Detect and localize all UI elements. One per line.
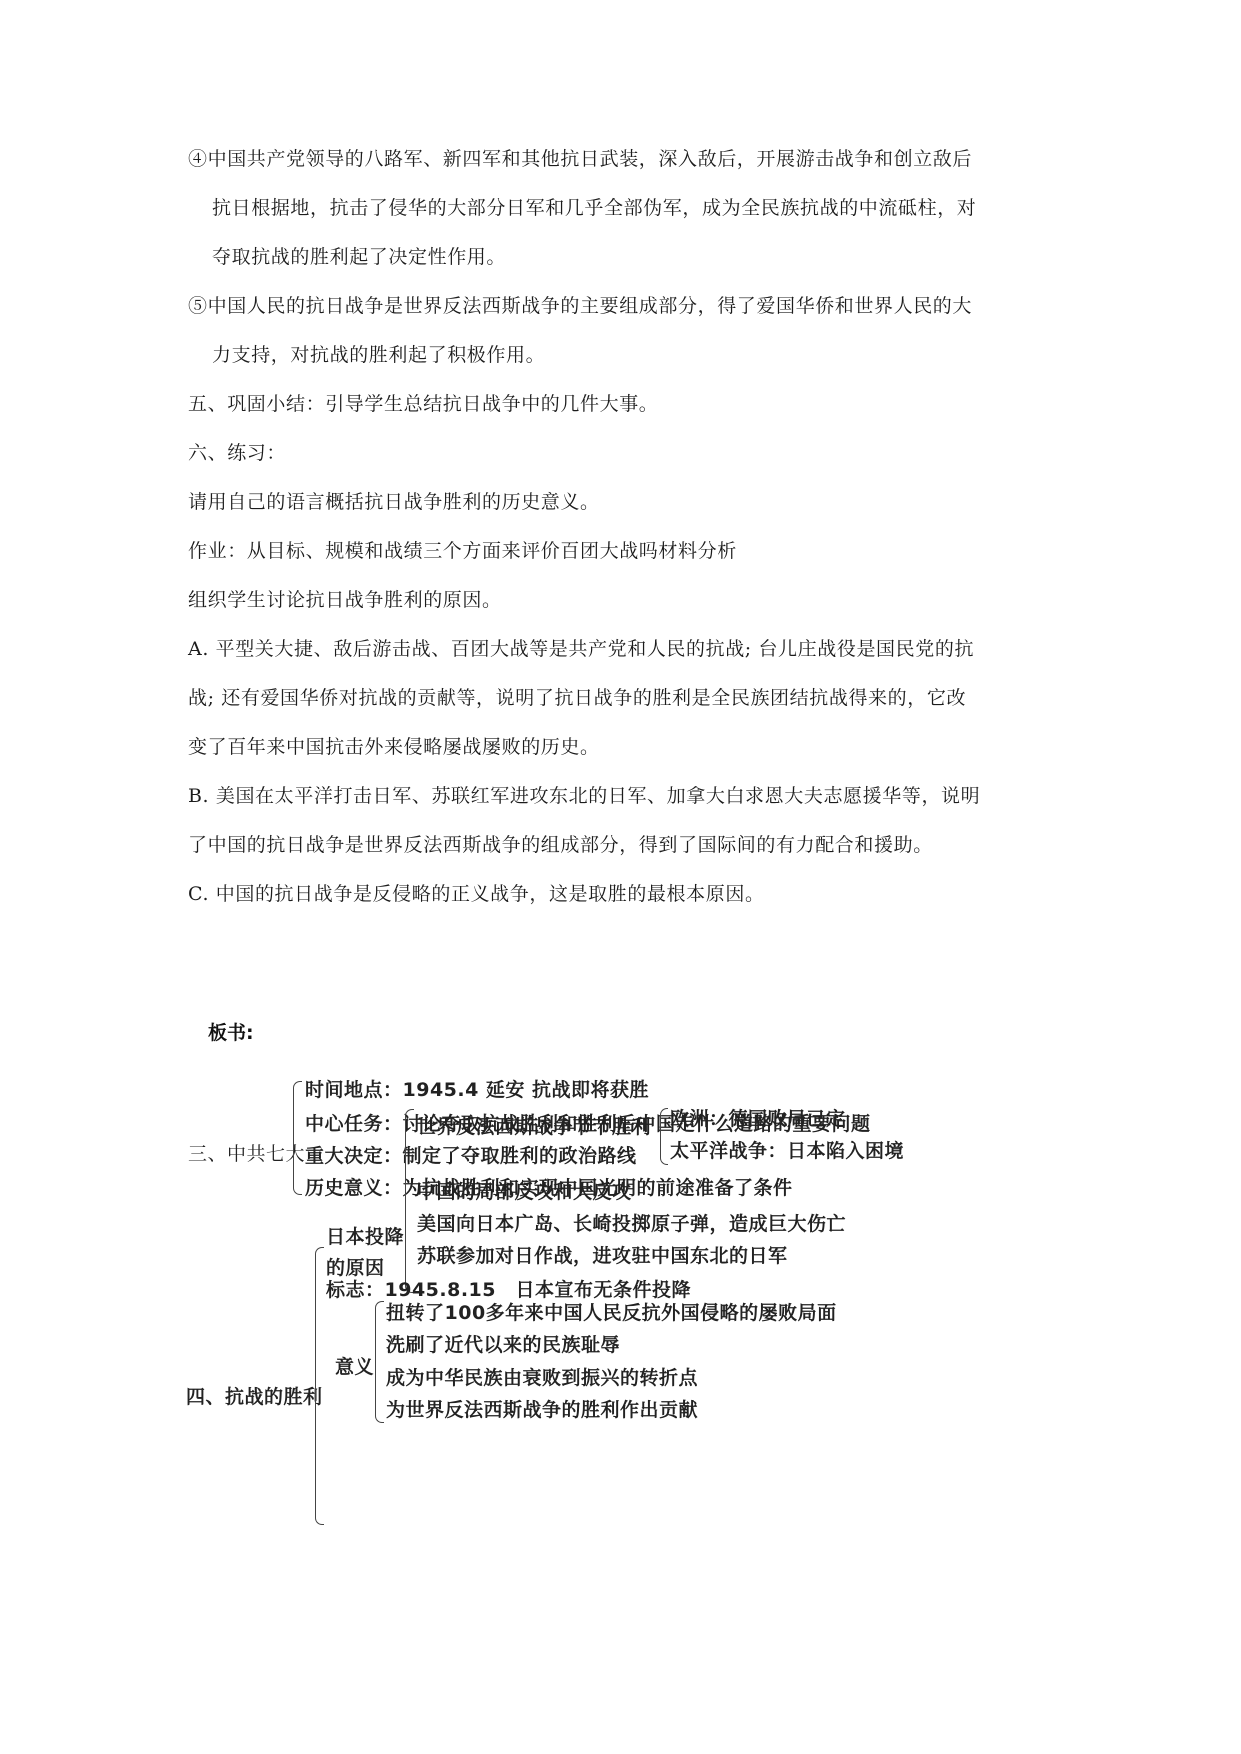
section-3-item-time-place: 时间地点：1945.4 延安 抗战即将获胜	[305, 1075, 649, 1102]
document-page: ④中国共产党领导的八路军、新四军和其他抗日武装，深入敌后，开展游击战争和创立敌后…	[0, 0, 1241, 1754]
section-4-brace	[315, 1247, 324, 1525]
significance-brace	[375, 1301, 384, 1423]
answer-a-line-1: A. 平型关大捷、敌后游击战、百团大战等是共产党和人民的抗战; 台儿庄战役是国民…	[188, 637, 974, 661]
significance-item-2: 洗刷了近代以来的民族耻辱	[386, 1330, 620, 1357]
world-item-europe: 欧洲：德国败局已定	[670, 1104, 846, 1131]
reason-world-war-victory: 世界反法西斯战争节节胜利	[417, 1112, 651, 1139]
board-heading: 板书:	[208, 1018, 254, 1045]
significance-label: 意义	[335, 1352, 374, 1379]
paragraph-4-line-3: 夺取抗战的胜利起了决定性作用。	[212, 245, 506, 269]
homework: 作业：从目标、规模和战绩三个方面来评价百团大战吗材料分析	[188, 539, 737, 563]
section-5-summary: 五、巩固小结：引导学生总结抗日战争中的几件大事。	[188, 392, 658, 416]
exercise-question: 请用自己的语言概括抗日战争胜利的历史意义。	[188, 490, 600, 514]
paragraph-5-line-2: 力支持，对抗战的胜利起了积极作用。	[212, 343, 545, 367]
world-item-pacific: 太平洋战争：日本陷入困境	[670, 1136, 904, 1163]
significance-item-1: 扭转了100多年来中国人民反抗外国侵略的屡败局面	[386, 1298, 837, 1325]
section-6-exercise-heading: 六、练习：	[188, 441, 286, 465]
answer-b-line-2: 了中国的抗日战争是世界反法西斯战争的组成部分，得到了国际间的有力配合和援助。	[188, 833, 933, 857]
paragraph-4-line-1: ④中国共产党领导的八路军、新四军和其他抗日武装，深入敌后，开展游击战争和创立敌后	[188, 147, 972, 171]
answer-a-line-3: 变了百年来中国抗击外来侵略屡战屡败的历史。	[188, 735, 600, 759]
paragraph-4-line-2: 抗日根据地，抗击了侵华的大部分日军和几乎全部伪军，成为全民族抗战的中流砥柱，对	[212, 196, 976, 220]
world-brace	[660, 1108, 668, 1165]
significance-item-3: 成为中华民族由衰败到振兴的转折点	[386, 1363, 698, 1390]
paragraph-5-line-1: ⑤中国人民的抗日战争是世界反法西斯战争的主要组成部分，得了爱国华侨和世界人民的大	[188, 294, 972, 318]
answer-a-line-2: 战; 还有爱国华侨对抗战的贡献等，说明了抗日战争的胜利是全民族团结抗战得来的，它…	[188, 686, 966, 710]
reasons-brace	[405, 1109, 414, 1293]
section-3-brace	[293, 1081, 302, 1195]
answer-c-line-1: C. 中国的抗日战争是反侵略的正义战争，这是取胜的最根本原因。	[188, 882, 765, 906]
section-3-title: 三、中共七大	[188, 1139, 305, 1166]
reason-china-counteroffensive: 中国的局部反攻和大反攻	[417, 1177, 632, 1204]
significance-item-4: 为世界反法西斯战争的胜利作出贡献	[386, 1395, 698, 1422]
section-3-item-major-decision: 重大决定：制定了夺取胜利的政治路线	[305, 1141, 637, 1168]
reason-atomic-bombs: 美国向日本广岛、长崎投掷原子弹，造成巨大伤亡	[417, 1209, 846, 1236]
reason-soviet-entry: 苏联参加对日作战，进攻驻中国东北的日军	[417, 1241, 788, 1268]
reasons-label-line-1: 日本投降	[326, 1222, 404, 1249]
answer-b-line-1: B. 美国在太平洋打击日军、苏联红军进攻东北的日军、加拿大白求恩大夫志愿援华等，…	[188, 784, 980, 808]
board-diagram: 三、中共七大 时间地点：1945.4 延安 抗战即将获胜 中心任务：讨论夺取抗战…	[180, 1075, 1040, 1615]
discussion-prompt: 组织学生讨论抗日战争胜利的原因。	[188, 588, 502, 612]
section-4-title: 四、抗战的胜利	[186, 1382, 323, 1409]
